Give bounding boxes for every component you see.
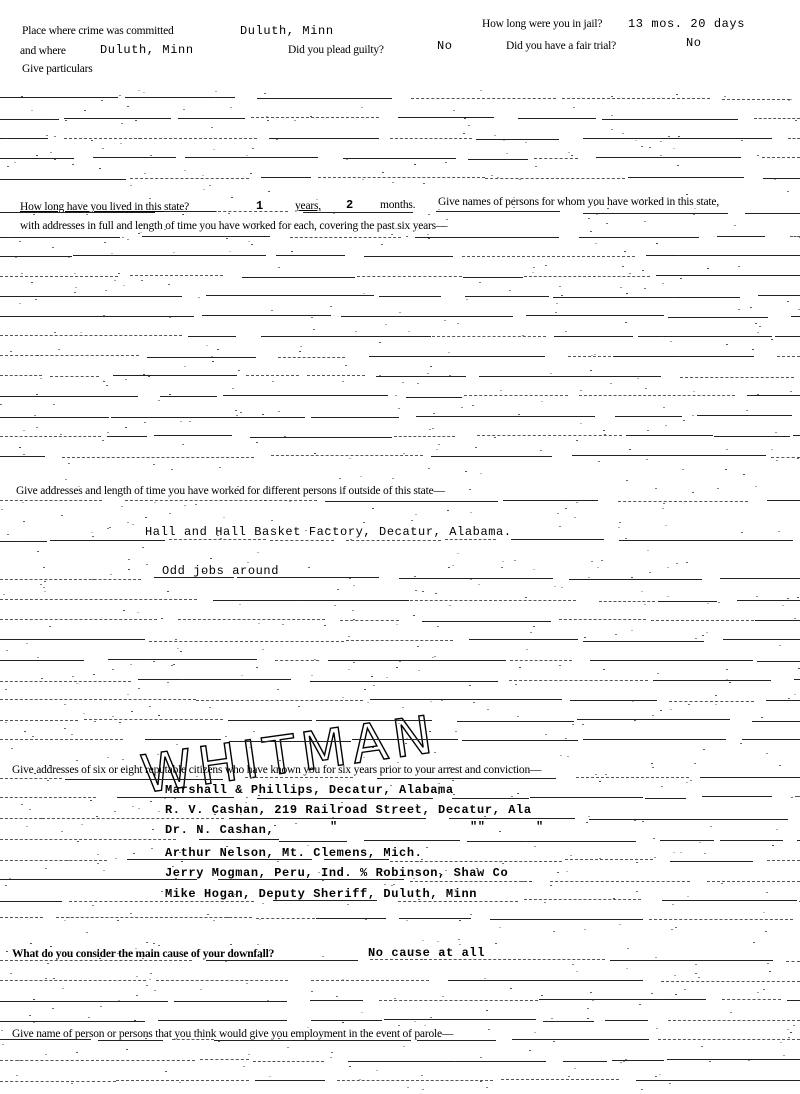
form-rule-line bbox=[553, 297, 740, 298]
form-rule-line bbox=[0, 1039, 91, 1040]
scan-noise bbox=[71, 734, 73, 735]
form-rule-line bbox=[554, 336, 633, 337]
scan-noise bbox=[353, 585, 355, 586]
scan-noise bbox=[698, 977, 700, 978]
scan-noise bbox=[619, 522, 621, 523]
scan-noise bbox=[225, 961, 227, 962]
scan-noise bbox=[164, 229, 166, 230]
form-rule-line bbox=[346, 640, 453, 641]
scan-noise bbox=[352, 610, 354, 611]
scan-noise bbox=[363, 757, 365, 758]
form-rule-line bbox=[364, 840, 460, 841]
scan-noise bbox=[480, 90, 482, 91]
scan-noise bbox=[660, 155, 662, 156]
form-rule-line bbox=[646, 255, 800, 256]
scan-noise bbox=[92, 905, 94, 906]
scan-noise bbox=[391, 885, 393, 886]
scan-noise bbox=[480, 1057, 482, 1058]
scan-noise bbox=[675, 927, 677, 928]
scan-noise bbox=[115, 858, 117, 859]
scan-noise bbox=[322, 880, 324, 881]
scan-noise bbox=[142, 958, 144, 959]
scan-noise bbox=[694, 208, 696, 209]
references-label: Give addresses of six or eight reputable… bbox=[12, 764, 541, 776]
scan-noise bbox=[75, 296, 77, 297]
scan-noise bbox=[54, 159, 56, 160]
scan-noise bbox=[75, 287, 77, 288]
scan-noise bbox=[218, 1041, 220, 1042]
scan-noise bbox=[337, 589, 339, 590]
scan-noise bbox=[494, 135, 496, 136]
scan-noise bbox=[212, 361, 214, 362]
form-rule-line bbox=[318, 177, 484, 178]
scan-noise bbox=[574, 1068, 576, 1069]
scan-noise bbox=[627, 948, 629, 949]
form-rule-line bbox=[626, 435, 713, 436]
form-rule-line bbox=[667, 1059, 800, 1060]
form-rule-line bbox=[158, 1020, 287, 1021]
scan-noise bbox=[397, 762, 399, 763]
form-rule-line bbox=[93, 157, 176, 158]
form-rule-line bbox=[340, 620, 399, 621]
form-rule-line bbox=[485, 178, 625, 179]
form-rule-line bbox=[477, 435, 622, 436]
scan-noise bbox=[9, 237, 11, 238]
form-rule-line bbox=[276, 255, 345, 256]
scan-noise bbox=[180, 421, 182, 422]
scan-noise bbox=[268, 191, 270, 192]
form-rule-line bbox=[539, 999, 706, 1000]
form-rule-line bbox=[651, 620, 755, 621]
form-rule-line bbox=[223, 395, 388, 396]
scan-noise bbox=[623, 1061, 625, 1062]
scan-noise bbox=[557, 872, 559, 873]
scan-noise bbox=[651, 763, 653, 764]
scan-noise bbox=[231, 197, 233, 198]
scan-noise bbox=[534, 846, 536, 847]
form-rule-line bbox=[0, 778, 62, 779]
scan-noise bbox=[45, 868, 47, 869]
form-rule-line bbox=[416, 416, 595, 417]
scan-noise bbox=[794, 618, 796, 619]
scan-noise bbox=[545, 734, 547, 735]
scan-noise bbox=[550, 373, 552, 374]
scan-noise bbox=[526, 841, 528, 842]
scan-noise bbox=[198, 297, 200, 298]
scan-noise bbox=[475, 447, 477, 448]
form-rule-line bbox=[73, 255, 267, 256]
scan-noise bbox=[230, 944, 232, 945]
form-rule-line bbox=[56, 917, 252, 918]
scan-noise bbox=[611, 96, 613, 97]
form-rule-line bbox=[422, 621, 551, 622]
scan-noise bbox=[144, 422, 146, 423]
form-rule-line bbox=[754, 118, 800, 119]
scan-noise bbox=[436, 449, 438, 450]
scan-noise bbox=[447, 510, 449, 511]
scan-noise bbox=[782, 605, 784, 606]
scan-noise bbox=[570, 855, 572, 856]
scan-noise bbox=[36, 394, 38, 395]
form-rule-line bbox=[0, 599, 197, 600]
scan-noise bbox=[34, 773, 36, 774]
form-rule-line bbox=[707, 881, 800, 882]
scan-noise bbox=[533, 626, 535, 627]
scan-noise bbox=[573, 107, 575, 108]
scan-noise bbox=[776, 829, 778, 830]
form-rule-line bbox=[0, 541, 47, 542]
scan-noise bbox=[379, 375, 381, 376]
scan-noise bbox=[226, 846, 228, 847]
scan-noise bbox=[183, 109, 185, 110]
form-rule-line bbox=[346, 540, 440, 541]
scan-noise bbox=[763, 989, 765, 990]
scan-noise bbox=[438, 783, 440, 784]
form-rule-line bbox=[237, 577, 379, 578]
scan-noise bbox=[267, 120, 269, 121]
form-rule-line bbox=[534, 158, 578, 159]
scan-noise bbox=[45, 1054, 47, 1055]
scan-noise bbox=[500, 390, 502, 391]
scan-noise bbox=[584, 637, 586, 638]
scan-noise bbox=[424, 1025, 426, 1026]
scan-noise bbox=[631, 630, 633, 631]
scan-noise bbox=[428, 468, 430, 469]
scan-noise bbox=[459, 944, 461, 945]
scan-noise bbox=[476, 868, 478, 869]
form-rule-line bbox=[0, 960, 192, 961]
scan-noise bbox=[182, 214, 184, 215]
scan-noise bbox=[259, 919, 261, 920]
scan-noise bbox=[513, 207, 515, 208]
scan-noise bbox=[695, 964, 697, 965]
scan-noise bbox=[590, 992, 592, 993]
scan-noise bbox=[644, 221, 646, 222]
scan-noise bbox=[503, 140, 505, 141]
scan-noise bbox=[349, 458, 351, 459]
scan-noise bbox=[114, 811, 116, 812]
scan-noise bbox=[117, 953, 119, 954]
scan-noise bbox=[730, 1012, 732, 1013]
scan-noise bbox=[44, 581, 46, 582]
scan-noise bbox=[561, 295, 563, 296]
form-rule-line bbox=[376, 376, 466, 377]
scan-noise bbox=[418, 899, 420, 900]
scan-noise bbox=[519, 179, 521, 180]
scan-noise bbox=[571, 155, 573, 156]
scan-noise bbox=[68, 917, 70, 918]
form-rule-line bbox=[0, 720, 78, 721]
form-rule-line bbox=[583, 213, 729, 214]
scan-noise bbox=[228, 213, 230, 214]
form-rule-line bbox=[490, 919, 643, 920]
scan-noise bbox=[687, 896, 689, 897]
form-rule-line bbox=[0, 179, 126, 180]
scan-noise bbox=[257, 944, 259, 945]
scan-noise bbox=[465, 471, 467, 472]
scan-noise bbox=[584, 929, 586, 930]
scan-noise bbox=[64, 728, 66, 729]
scan-noise bbox=[138, 233, 140, 234]
form-rule-line bbox=[242, 277, 355, 278]
form-rule-line bbox=[410, 881, 532, 882]
scan-noise bbox=[29, 809, 31, 810]
scan-noise bbox=[413, 878, 415, 879]
scan-noise bbox=[408, 331, 410, 332]
form-rule-line bbox=[311, 980, 428, 981]
scan-noise bbox=[123, 610, 125, 611]
scan-noise bbox=[271, 310, 273, 311]
scan-noise bbox=[402, 707, 404, 708]
form-rule-line bbox=[42, 818, 224, 819]
scan-noise bbox=[298, 706, 300, 707]
scan-noise bbox=[49, 626, 51, 627]
scan-noise bbox=[392, 813, 394, 814]
scan-noise bbox=[636, 891, 638, 892]
scan-noise bbox=[19, 241, 21, 242]
scan-noise bbox=[396, 624, 398, 625]
out-of-state-label: Give addresses and length of time you ha… bbox=[16, 485, 445, 497]
scan-noise bbox=[76, 1052, 78, 1053]
scan-noise bbox=[403, 453, 405, 454]
scan-noise bbox=[553, 1041, 555, 1042]
form-rule-line bbox=[787, 1000, 800, 1001]
form-rule-line bbox=[658, 1039, 800, 1040]
scan-noise bbox=[307, 1027, 309, 1028]
years-label: years, bbox=[295, 200, 321, 212]
form-rule-line bbox=[62, 457, 254, 458]
scan-noise bbox=[470, 861, 472, 862]
scan-noise bbox=[690, 780, 692, 781]
scan-noise bbox=[58, 349, 60, 350]
scan-noise bbox=[560, 755, 562, 756]
scan-noise bbox=[435, 593, 437, 594]
scan-noise bbox=[772, 845, 774, 846]
scan-noise bbox=[143, 374, 145, 375]
scan-noise bbox=[540, 450, 542, 451]
scan-noise bbox=[6, 650, 8, 651]
scan-noise bbox=[243, 1066, 245, 1067]
scan-noise bbox=[787, 1029, 789, 1030]
scan-noise bbox=[23, 454, 25, 455]
form-rule-line bbox=[577, 719, 731, 720]
scan-noise bbox=[158, 715, 160, 716]
scan-noise bbox=[127, 106, 129, 107]
scan-noise bbox=[651, 993, 653, 994]
scan-noise bbox=[55, 436, 57, 437]
form-rule-line bbox=[390, 138, 472, 139]
scan-noise bbox=[121, 506, 123, 507]
scan-noise bbox=[213, 149, 215, 150]
scan-noise bbox=[122, 759, 124, 760]
form-rule-line bbox=[700, 777, 800, 778]
scan-noise bbox=[392, 478, 394, 479]
scan-noise bbox=[195, 504, 197, 505]
scan-noise bbox=[559, 286, 561, 287]
scan-noise bbox=[128, 559, 130, 560]
form-rule-line bbox=[196, 700, 363, 701]
scan-noise bbox=[309, 743, 311, 744]
scan-noise bbox=[283, 853, 285, 854]
scan-noise bbox=[346, 159, 348, 160]
form-rule-line bbox=[697, 415, 792, 416]
scan-noise bbox=[209, 185, 211, 186]
scan-noise bbox=[766, 892, 768, 893]
scan-noise bbox=[330, 1057, 332, 1058]
reference-entry: Arthur Nelson, Mt. Clemens, Mich. bbox=[165, 846, 422, 860]
form-rule-line bbox=[720, 578, 800, 579]
scan-noise bbox=[141, 280, 143, 281]
form-rule-line bbox=[469, 639, 578, 640]
form-rule-line bbox=[649, 919, 793, 920]
form-rule-line bbox=[172, 1039, 213, 1040]
scan-noise bbox=[380, 771, 382, 772]
scan-noise bbox=[671, 929, 673, 930]
scan-noise bbox=[149, 198, 151, 199]
scan-noise bbox=[645, 388, 647, 389]
scan-noise bbox=[726, 344, 728, 345]
form-rule-line bbox=[524, 899, 641, 900]
scan-noise bbox=[433, 413, 435, 414]
reference-entry: Jerry Mogman, Peru, Ind. % Robinson, Sha… bbox=[165, 866, 508, 880]
scan-noise bbox=[629, 435, 631, 436]
scan-noise bbox=[23, 430, 25, 431]
scan-noise bbox=[390, 785, 392, 786]
scan-noise bbox=[211, 127, 213, 128]
scan-noise bbox=[641, 591, 643, 592]
scan-noise bbox=[308, 567, 310, 568]
form-rule-line bbox=[670, 861, 754, 862]
form-rule-line bbox=[0, 797, 96, 798]
scan-noise bbox=[423, 356, 425, 357]
scan-noise bbox=[495, 943, 497, 944]
scan-noise bbox=[704, 853, 706, 854]
scan-noise bbox=[470, 512, 472, 513]
scan-noise bbox=[402, 382, 404, 383]
scan-noise bbox=[639, 1004, 641, 1005]
scan-noise bbox=[250, 173, 252, 174]
form-rule-line bbox=[526, 315, 664, 316]
scan-noise bbox=[202, 175, 204, 176]
form-rule-line bbox=[0, 917, 43, 918]
scan-noise bbox=[491, 175, 493, 176]
scan-noise bbox=[43, 567, 45, 568]
form-rule-line bbox=[569, 579, 701, 580]
scan-noise bbox=[330, 306, 332, 307]
scan-noise bbox=[386, 677, 388, 678]
form-rule-line bbox=[431, 456, 552, 457]
form-rule-line bbox=[0, 237, 120, 238]
scan-noise bbox=[15, 257, 17, 258]
scan-noise bbox=[240, 814, 242, 815]
scan-noise bbox=[625, 322, 627, 323]
scan-noise bbox=[318, 872, 320, 873]
scan-noise bbox=[101, 100, 103, 101]
scan-noise bbox=[707, 268, 709, 269]
scan-noise bbox=[385, 324, 387, 325]
scan-noise bbox=[555, 312, 557, 313]
form-rule-line bbox=[660, 840, 715, 841]
scan-noise bbox=[36, 155, 38, 156]
form-rule-line bbox=[645, 798, 686, 799]
scan-noise bbox=[738, 309, 740, 310]
scan-noise bbox=[590, 370, 592, 371]
form-rule-line bbox=[411, 98, 556, 99]
scan-noise bbox=[127, 239, 129, 240]
scan-noise bbox=[771, 339, 773, 340]
scan-noise bbox=[169, 513, 171, 514]
scan-noise bbox=[717, 488, 719, 489]
scan-noise bbox=[667, 596, 669, 597]
form-rule-line bbox=[747, 395, 800, 396]
form-rule-line bbox=[0, 375, 42, 376]
scan-noise bbox=[50, 119, 52, 120]
scan-noise bbox=[464, 118, 466, 119]
form-rule-line bbox=[618, 501, 748, 502]
form-rule-line bbox=[661, 981, 800, 982]
scan-noise bbox=[588, 577, 590, 578]
particulars-label: Give particulars bbox=[22, 63, 93, 75]
scan-noise bbox=[184, 366, 186, 367]
scan-noise bbox=[427, 373, 429, 374]
form-rule-line bbox=[311, 1020, 381, 1021]
scan-noise bbox=[311, 675, 313, 676]
scan-noise bbox=[246, 797, 248, 798]
form-rule-line bbox=[0, 660, 84, 661]
scan-noise bbox=[452, 565, 454, 566]
form-rule-line bbox=[449, 818, 575, 819]
scan-noise bbox=[313, 329, 315, 330]
scan-noise bbox=[576, 502, 578, 503]
scan-noise bbox=[563, 500, 565, 501]
scan-noise bbox=[83, 713, 85, 714]
form-rule-line bbox=[370, 699, 562, 700]
scan-noise bbox=[674, 975, 676, 976]
scan-noise bbox=[778, 531, 780, 532]
scan-noise bbox=[165, 1071, 167, 1072]
scan-noise bbox=[247, 562, 249, 563]
scan-noise bbox=[54, 136, 56, 137]
scan-noise bbox=[132, 524, 134, 525]
scan-noise bbox=[86, 932, 88, 933]
scan-noise bbox=[595, 243, 597, 244]
form-rule-line bbox=[149, 641, 345, 642]
scan-noise bbox=[486, 1087, 488, 1088]
ditto-mark: " bbox=[536, 820, 544, 834]
scan-noise bbox=[793, 1025, 795, 1026]
scan-noise bbox=[449, 605, 451, 606]
scan-noise bbox=[788, 1037, 790, 1038]
and-where-value: Duluth, Minn bbox=[100, 43, 194, 57]
scan-noise bbox=[642, 270, 644, 271]
scan-noise bbox=[345, 365, 347, 366]
form-rule-line bbox=[379, 296, 440, 297]
scan-noise bbox=[665, 425, 667, 426]
form-rule-line bbox=[250, 437, 391, 438]
scan-noise bbox=[45, 978, 47, 979]
scan-noise bbox=[256, 667, 258, 668]
parole-employer-label: Give name of person or persons that you … bbox=[12, 1028, 453, 1040]
scan-noise bbox=[587, 1018, 589, 1019]
form-rule-line bbox=[406, 397, 463, 398]
form-rule-line bbox=[463, 277, 523, 278]
scan-noise bbox=[112, 716, 114, 717]
form-rule-line bbox=[559, 619, 646, 620]
scan-noise bbox=[405, 743, 407, 744]
scan-noise bbox=[311, 991, 313, 992]
scan-noise bbox=[119, 95, 121, 96]
form-rule-line bbox=[273, 900, 378, 901]
